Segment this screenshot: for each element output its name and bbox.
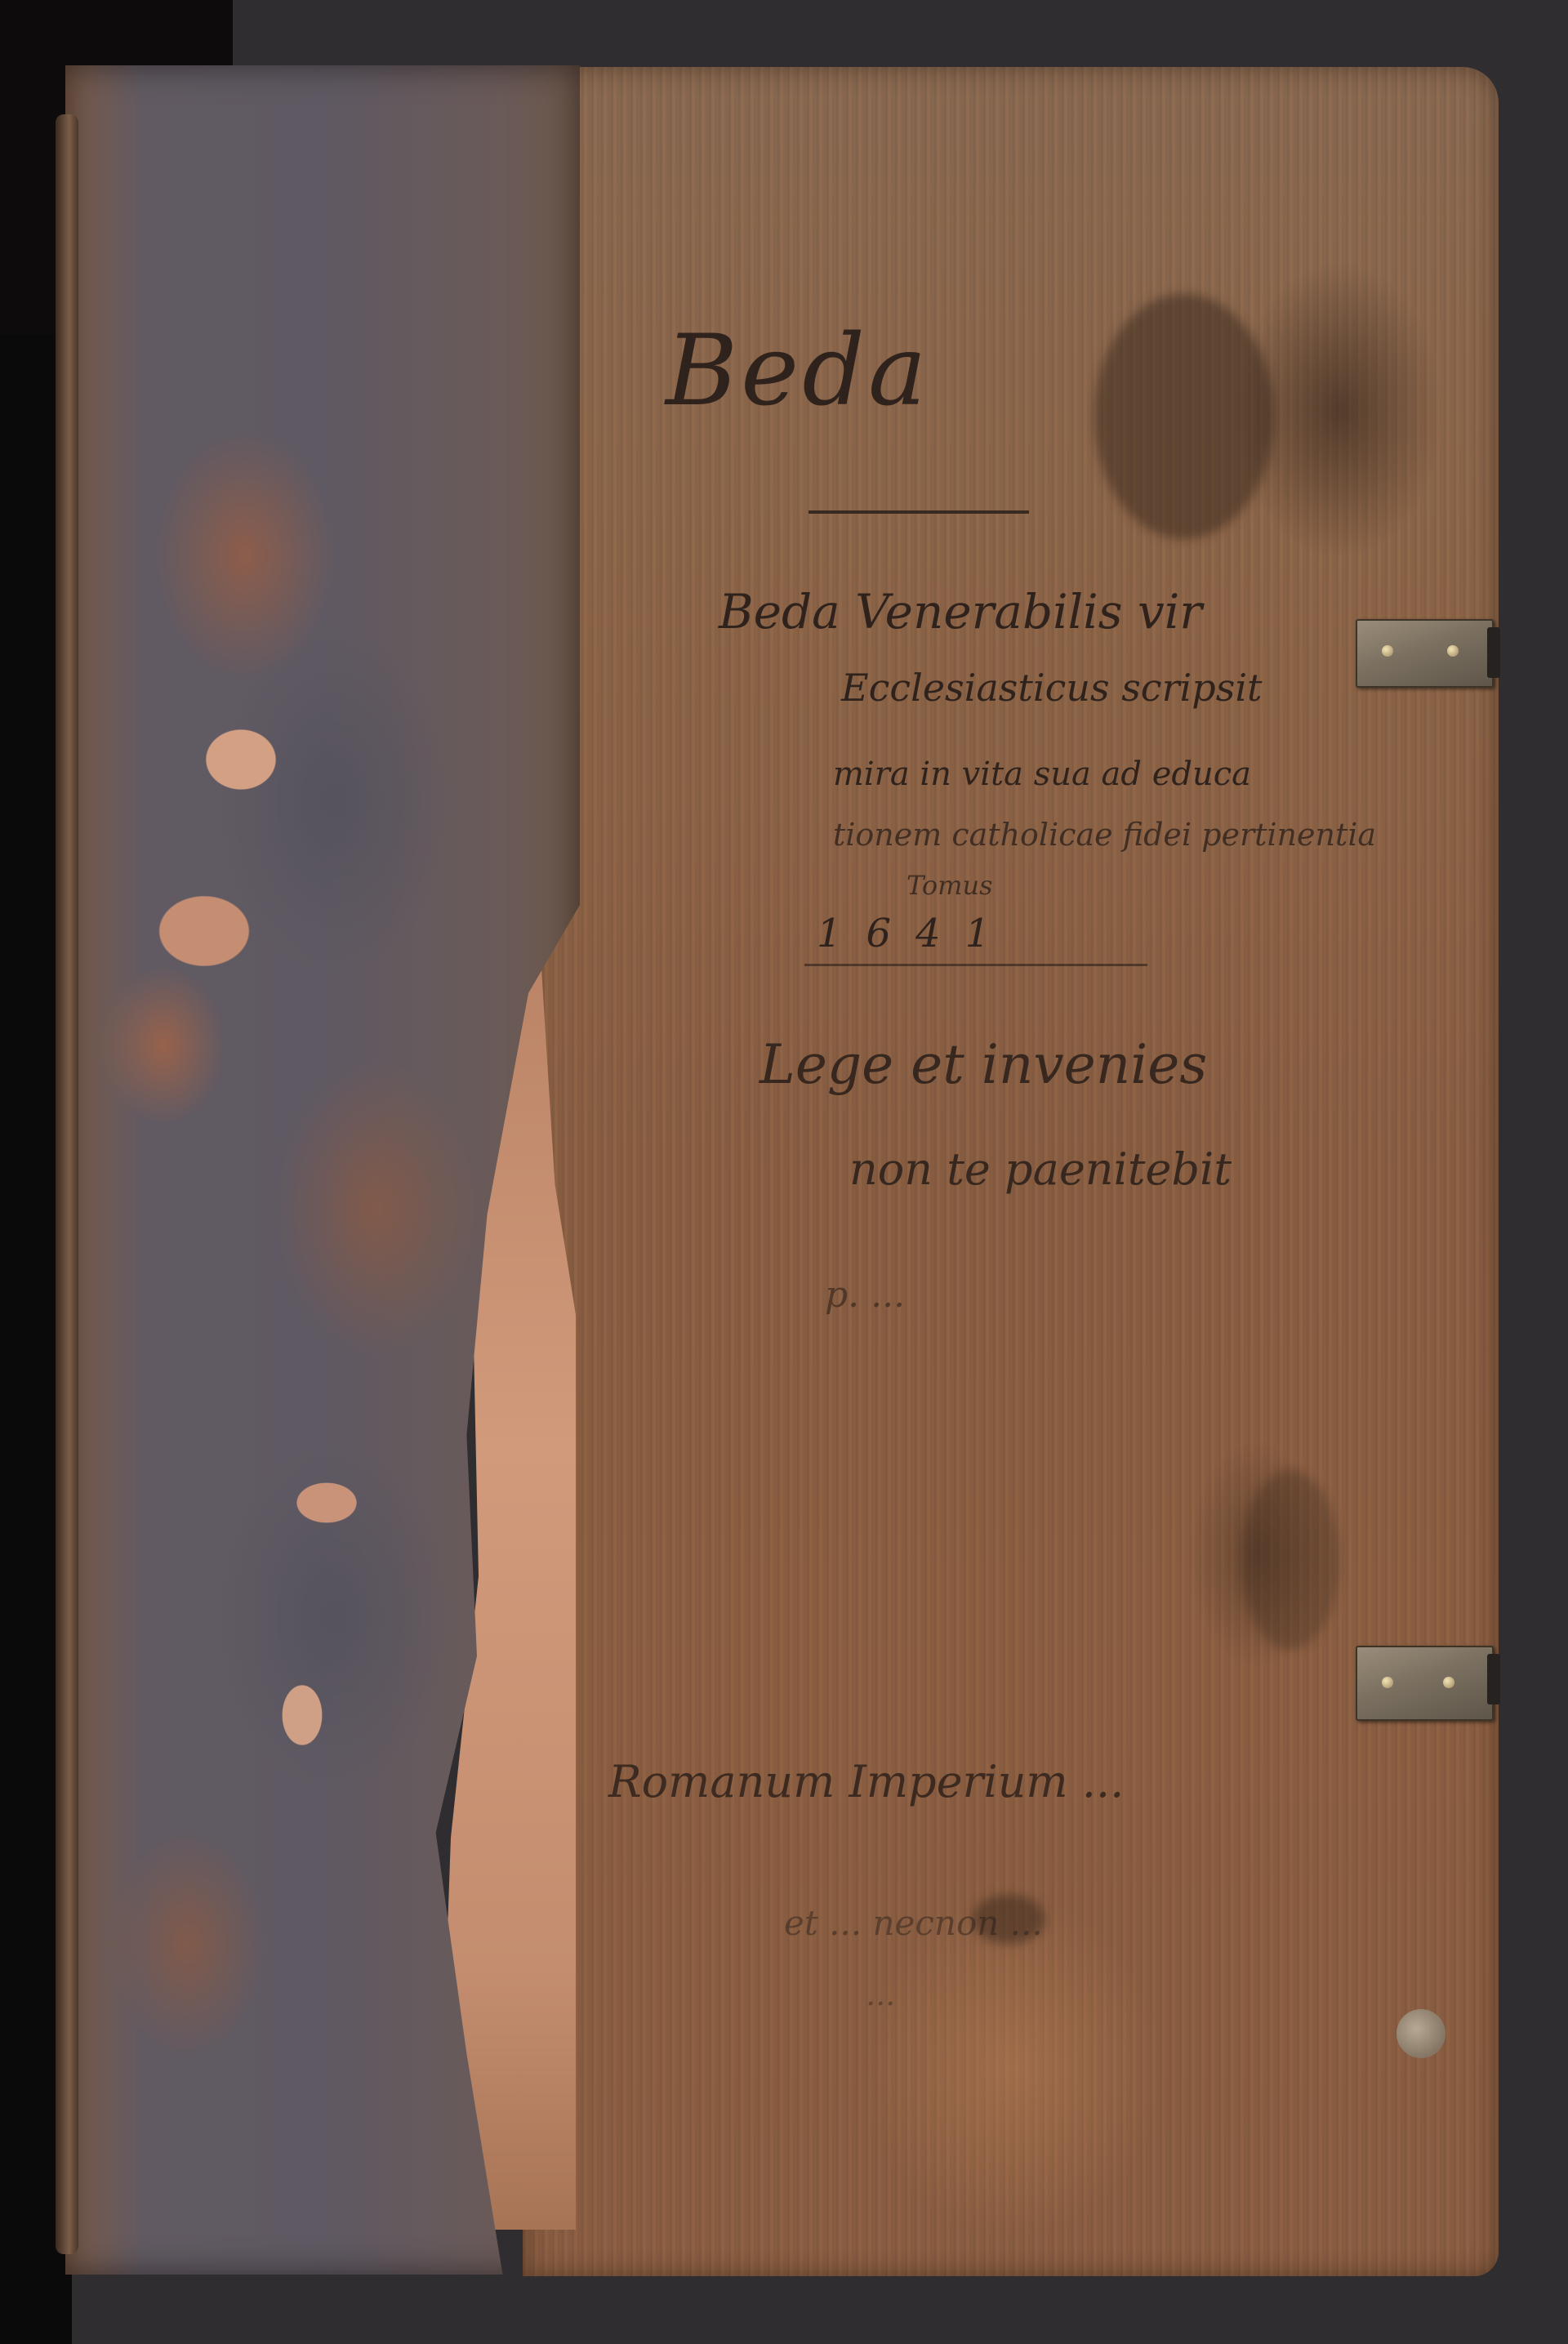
clasp-hook <box>1487 1654 1500 1705</box>
rivet-icon <box>1382 1677 1393 1688</box>
stain <box>1094 294 1274 539</box>
inscription-line: p. ... <box>825 1274 905 1316</box>
lower-clasp <box>1356 1646 1494 1721</box>
inscription-line: Romanum Imperium ... <box>608 1756 1124 1807</box>
inscription-line: tionem catholicae fidei pertinentia <box>833 817 1376 853</box>
date-underline <box>804 964 1147 966</box>
inscription-line: ... <box>866 1976 895 2012</box>
metal-boss <box>1396 2009 1445 2058</box>
inscription-line: Ecclesiasticus scripsit <box>841 666 1263 710</box>
rivet-icon <box>1443 1677 1454 1688</box>
rivet-icon <box>1447 645 1459 657</box>
title-underline <box>808 510 1029 514</box>
spine-edge <box>56 114 78 2254</box>
inscription-motto: non te paenitebit <box>849 1143 1232 1195</box>
clasp-hook <box>1487 627 1500 678</box>
inscription-motto: Lege et invenies <box>759 1033 1207 1096</box>
inscription-line: et ... necnon ... <box>784 1903 1043 1943</box>
inscription-line: Beda Venerabilis vir <box>719 584 1202 639</box>
inscription-line: mira in vita sua ad educa <box>833 755 1251 793</box>
inscription-line: Tomus <box>906 870 993 901</box>
rivet-icon <box>1382 645 1393 657</box>
stain <box>1241 1470 1339 1650</box>
inscription-title: Beda <box>666 314 930 428</box>
inscription-date: 1641 <box>817 911 1014 956</box>
upper-clasp <box>1356 619 1494 688</box>
